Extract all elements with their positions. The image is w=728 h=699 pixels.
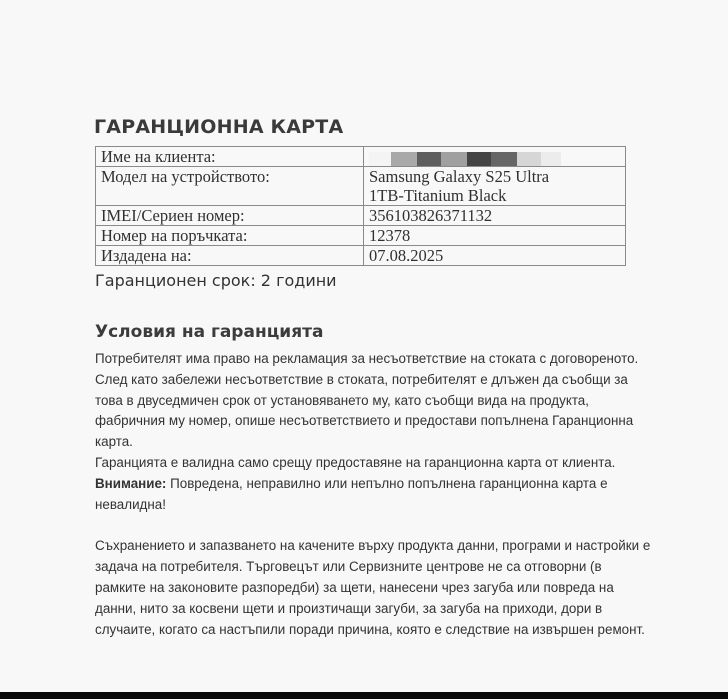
table-row: Издадена на: 07.08.2025 (96, 246, 626, 266)
warning-paragraph: Внимание: Повредена, неправилно или непъ… (95, 474, 655, 516)
paragraph-gap (95, 515, 655, 536)
condition-paragraph: Гаранцията е валидна само срещу предоста… (95, 453, 655, 474)
redacted-name-block (369, 151, 561, 166)
customer-name-value (364, 147, 626, 167)
table-row: IMEI/Сериен номер: 356103826371132 (96, 206, 626, 226)
document-title: ГАРАНЦИОННА КАРТА (94, 116, 343, 138)
customer-info-table: Име на клиента: Модел на устройството: S… (95, 146, 626, 266)
issued-on-label: Издадена на: (96, 246, 364, 266)
warranty-term: Гаранционен срок: 2 години (95, 271, 337, 290)
warning-label: Внимание: (95, 476, 166, 491)
warning-text: Повредена, неправилно или непълно попълн… (95, 476, 608, 512)
customer-name-label: Име на клиента: (96, 147, 364, 167)
table-row: Номер на поръчката: 12378 (96, 226, 626, 246)
condition-paragraph: След като забележи несъответствие в сток… (95, 370, 655, 453)
conditions-heading: Условия на гаранцията (95, 322, 323, 342)
order-number-label: Номер на поръчката: (96, 226, 364, 246)
warranty-card-page: ГАРАНЦИОННА КАРТА Име на клиента: Модел … (0, 0, 728, 692)
imei-label: IMEI/Сериен номер: (96, 206, 364, 226)
device-model-label: Модел на устройството: (96, 167, 364, 206)
bottom-edge (0, 692, 728, 699)
table-row: Модел на устройството: Samsung Galaxy S2… (96, 167, 626, 206)
data-responsibility-paragraph: Съхранението и запазването на качените в… (95, 536, 655, 640)
issued-on-value: 07.08.2025 (364, 246, 626, 266)
table-row: Име на клиента: (96, 147, 626, 167)
imei-value: 356103826371132 (364, 206, 626, 226)
conditions-body: Потребителят има право на рекламация за … (95, 349, 655, 640)
order-number-value: 12378 (364, 226, 626, 246)
device-model-value: Samsung Galaxy S25 Ultra 1TB-Titanium Bl… (364, 167, 626, 206)
condition-paragraph: Потребителят има право на рекламация за … (95, 349, 655, 370)
